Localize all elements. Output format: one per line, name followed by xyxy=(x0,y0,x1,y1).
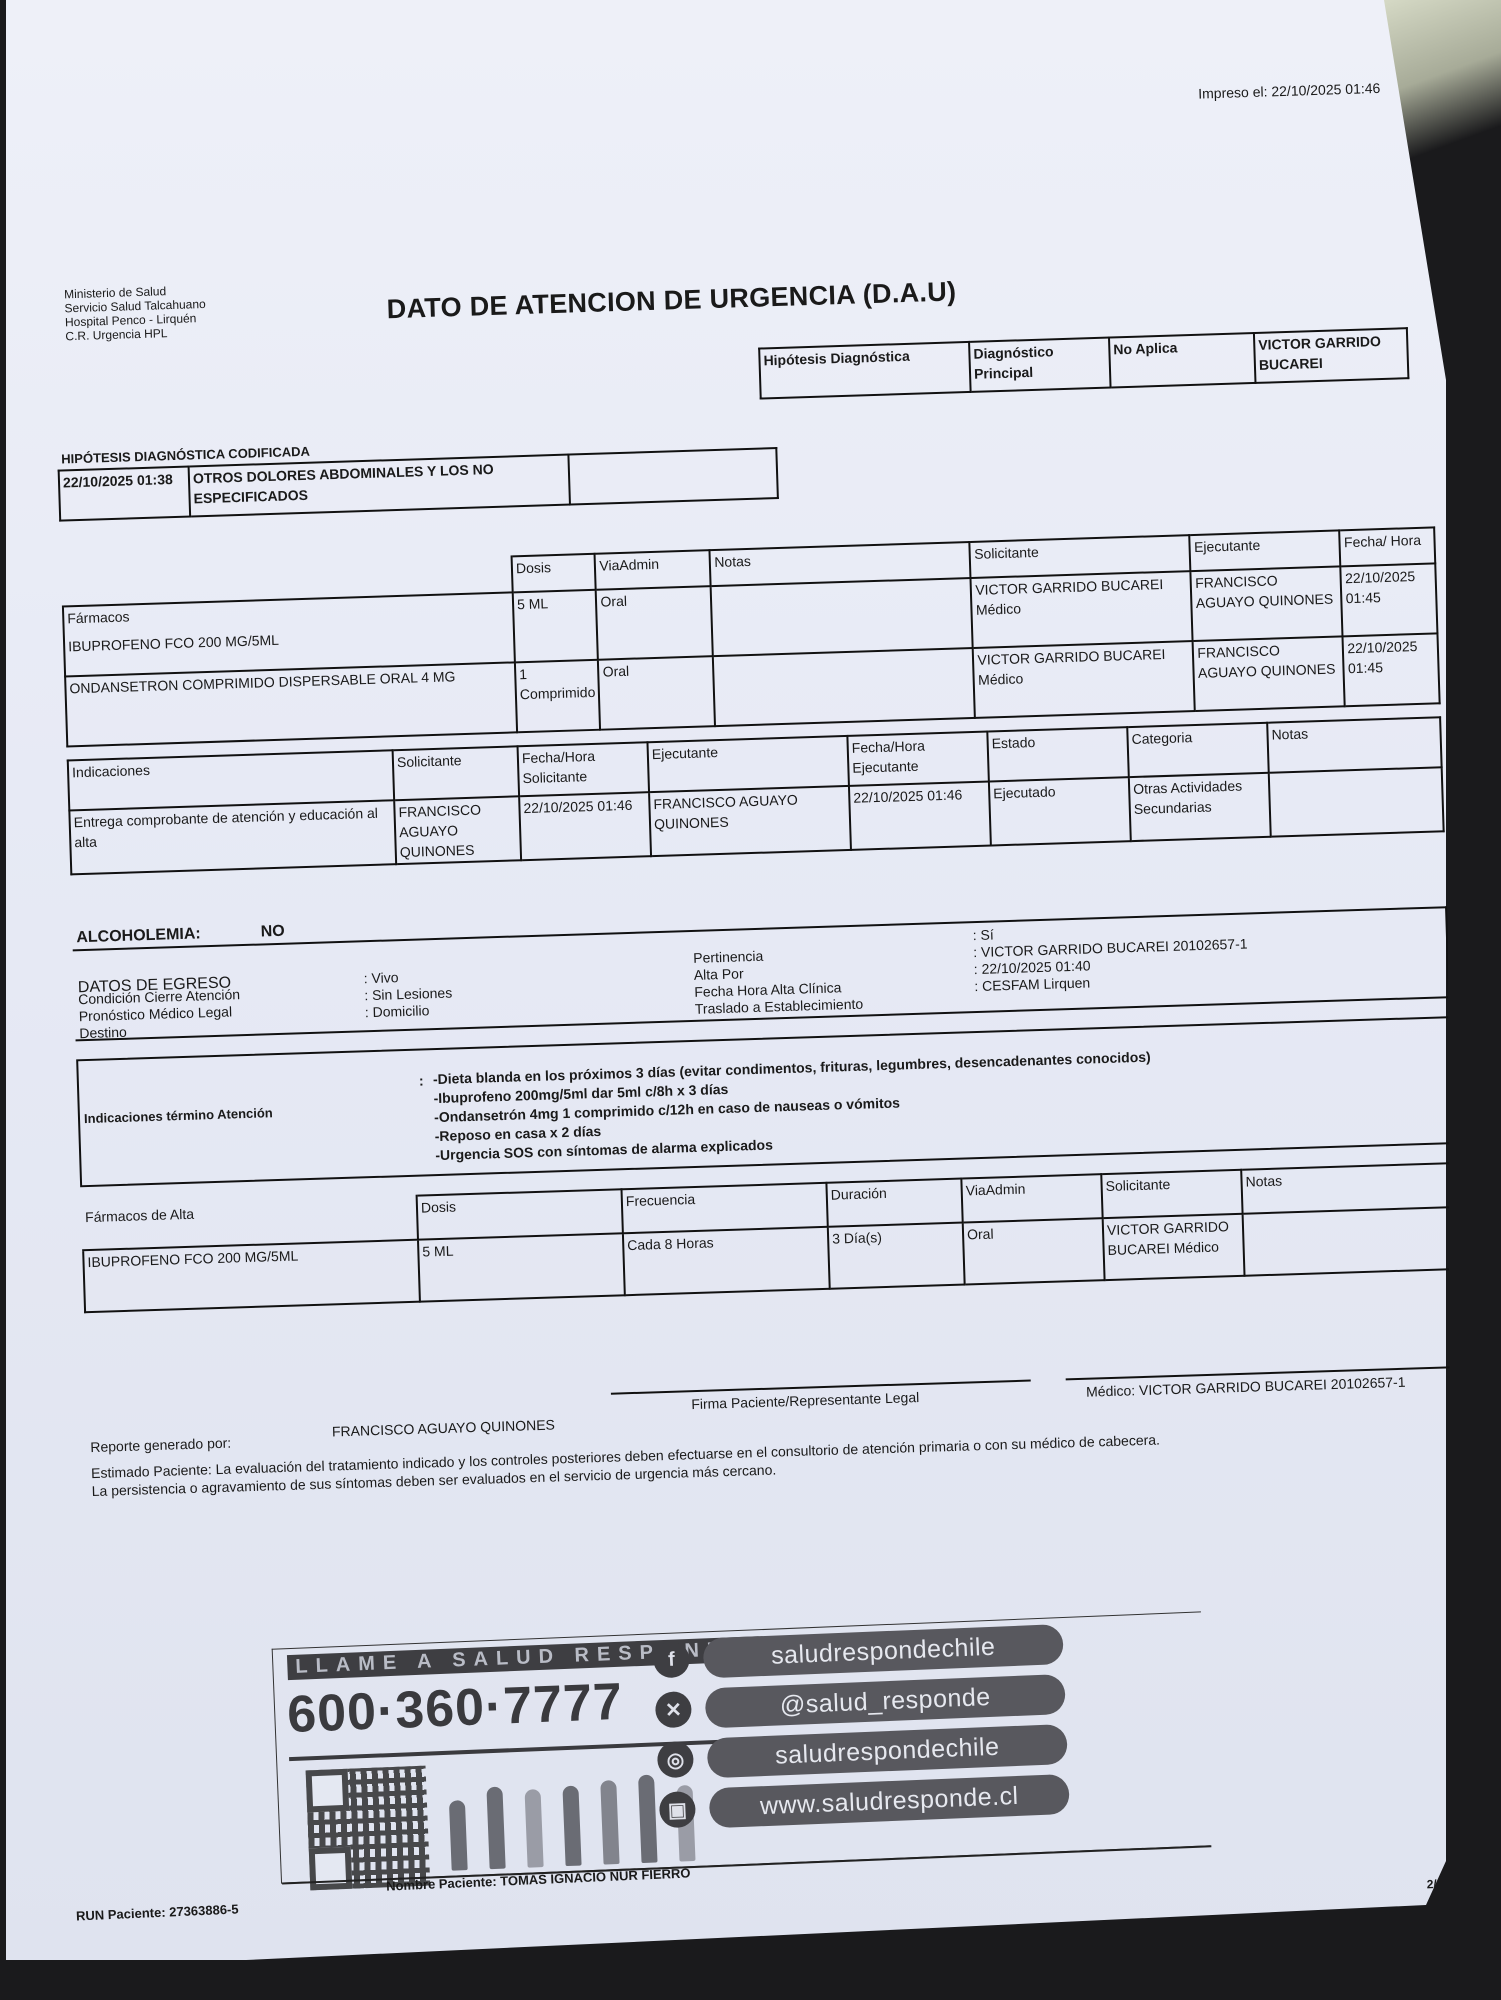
social-facebook: f saludrespondechile xyxy=(653,1624,1064,1680)
social-instagram: ◎ saludrespondechile xyxy=(657,1724,1068,1780)
discharge-right-labels: Pertinencia Alta Por Fecha Hora Alta Clí… xyxy=(693,945,863,1018)
phone-number: 600·360·7777 xyxy=(286,1672,624,1745)
report-generated-label: Reporte generado por: xyxy=(90,1435,231,1455)
social-web: ▣ www.saludresponde.cl xyxy=(659,1774,1070,1830)
discharge-medications-table: Fármacos de Alta Dosis Frecuencia Duraci… xyxy=(81,1162,1459,1313)
discharge-right-values: : Sí : VICTOR GARRIDO BUCAREI 20102657-1… xyxy=(972,919,1248,996)
discharge-left-labels: Condición Cierre Atención Pronóstico Méd… xyxy=(78,986,241,1042)
medications-table: Dosis ViaAdmin Notas Solicitante Ejecuta… xyxy=(61,526,1441,747)
salud-responde-banner: LLAME A SALUD RESPONDE 600·360·7777 f sa… xyxy=(272,1611,1211,1883)
patient-signature-label: Firma Paciente/Representante Legal xyxy=(691,1389,919,1412)
social-x: ✕ @salud_responde xyxy=(655,1674,1066,1730)
patient-run: RUN Paciente: 27363886-5 xyxy=(76,1901,239,1923)
x-twitter-icon: ✕ xyxy=(655,1691,692,1728)
organization-header: Ministerio de Salud Servicio Salud Talca… xyxy=(64,283,207,343)
printed-date: Impreso el: 22/10/2025 01:46 xyxy=(1198,80,1381,102)
facebook-icon: f xyxy=(653,1641,690,1678)
qr-code[interactable] xyxy=(306,1766,431,1891)
social-links: f saludrespondechile ✕ @salud_responde ◎… xyxy=(653,1624,1071,1840)
report-generated-by: FRANCISCO AGUAYO QUINONES xyxy=(332,1416,555,1439)
web-icon: ▣ xyxy=(659,1791,696,1828)
signature-area: Reporte generado por: FRANCISCO AGUAYO Q… xyxy=(80,1336,1462,1459)
page-number: 2/2 xyxy=(1427,1877,1444,1892)
instagram-icon: ◎ xyxy=(657,1741,694,1778)
document-title: DATO DE ATENCION DE URGENCIA (D.A.U) xyxy=(386,276,957,325)
discharge-left-values: : Vivo : Sin Lesiones : Domicilio xyxy=(363,968,453,1022)
discharge-instructions: Indicaciones término Atención : -Dieta b… xyxy=(76,1016,1454,1187)
diagnosis-header-table: Hipótesis Diagnóstica Diagnóstico Princi… xyxy=(758,327,1409,399)
document-page: Impreso el: 22/10/2025 01:46 Ministerio … xyxy=(6,0,1446,1960)
